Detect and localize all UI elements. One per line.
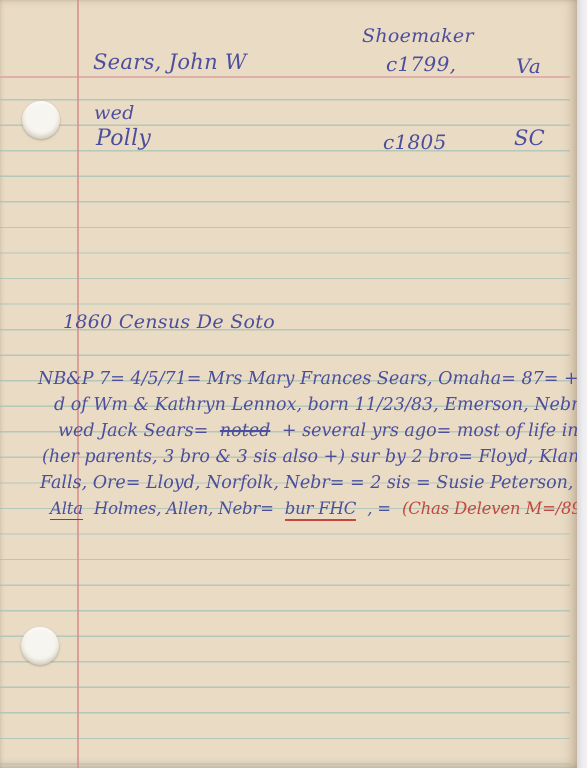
- obituary-line-6-separator: , =: [367, 500, 391, 518]
- census-note: 1860 Census De Soto: [63, 312, 275, 333]
- scanned-note-page: Shoemaker Sears, John W c1799, Va wed Po…: [0, 0, 587, 768]
- spouse-birth-place: SC: [514, 127, 545, 150]
- wed-label: wed: [94, 103, 135, 124]
- burial-note-underlined: bur FHC: [285, 500, 356, 521]
- obituary-line-6: Alta Holmes, Allen, Nebr= bur FHC , = (C…: [50, 500, 577, 521]
- obituary-line-3: wed Jack Sears= noted + several yrs ago=…: [58, 422, 577, 441]
- red-ink-cross-reference: (Chas Deleven M=/89- /55): [402, 500, 577, 518]
- subject-birth-place: Va: [516, 55, 541, 77]
- occupation-note: Shoemaker: [362, 26, 474, 47]
- subject-name: Sears, John W: [93, 51, 247, 74]
- header-rule-line: [0, 76, 570, 78]
- scan-background-edge: [577, 0, 587, 768]
- obituary-line-2: d of Wm & Kathryn Lennox, born 11/23/83,…: [54, 396, 577, 415]
- obituary-line-3-continued: + several yrs ago= most of life in Omaha…: [282, 422, 577, 441]
- underlined-name: Alta: [50, 500, 83, 520]
- hole-punch-bottom: [21, 627, 59, 665]
- obituary-line-4: (her parents, 3 bro & 3 sis also +) sur …: [42, 448, 577, 467]
- obituary-line-6-text: Holmes, Allen, Nebr=: [94, 500, 274, 518]
- spouse-birth-year: c1805: [383, 131, 447, 153]
- obituary-line-3-text: wed Jack Sears=: [58, 422, 208, 441]
- subject-birth-year: c1799,: [386, 53, 456, 75]
- notebook-paper: Shoemaker Sears, John W c1799, Va wed Po…: [0, 0, 577, 768]
- obituary-line-5: Falls, Ore= Lloyd, Norfolk, Nebr= = 2 si…: [40, 474, 577, 493]
- obituary-line-1: NB&P 7= 4/5/71= Mrs Mary Frances Sears, …: [38, 370, 577, 389]
- spouse-name: Polly: [96, 127, 151, 151]
- struck-out-word: noted: [220, 422, 270, 441]
- hole-punch-top: [22, 101, 60, 139]
